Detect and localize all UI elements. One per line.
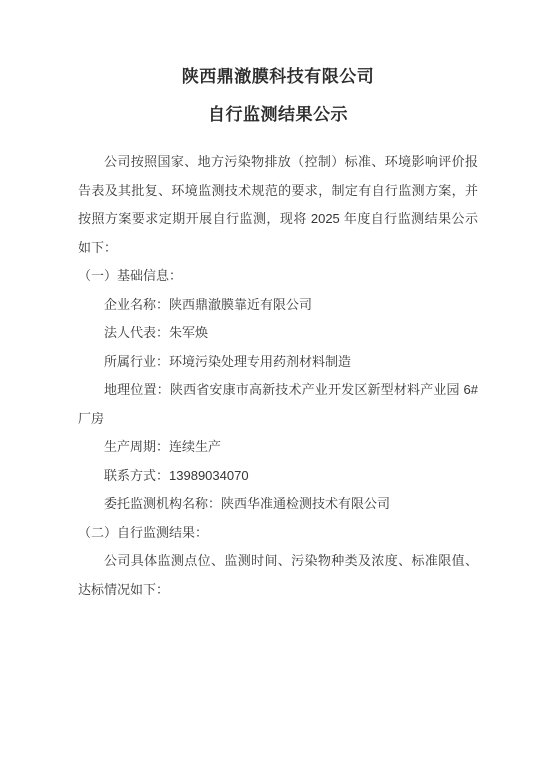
colon-separator: ： bbox=[208, 496, 221, 511]
info-label: 所属行业 bbox=[104, 354, 156, 369]
colon-separator: ： bbox=[156, 468, 169, 483]
info-row-location: 地理位置：陕西省安康市高新技术产业开发区新型材料产业园 6#厂房 bbox=[78, 376, 478, 433]
colon-separator: ： bbox=[156, 325, 169, 340]
info-row-industry: 所属行业：环境污染处理专用药剂材料制造 bbox=[78, 348, 478, 377]
section-heading-monitoring-results: （二）自行监测结果： bbox=[78, 519, 478, 548]
info-value: 陕西华准通检测技术有限公司 bbox=[221, 496, 390, 511]
info-row-legal-representative: 法人代表：朱军焕 bbox=[78, 319, 478, 348]
info-value: 陕西鼎澈膜靠近有限公司 bbox=[169, 297, 312, 312]
info-label: 联系方式 bbox=[104, 468, 156, 483]
colon-separator: ： bbox=[157, 382, 170, 397]
colon-separator: ： bbox=[156, 297, 169, 312]
title-line-subject: 自行监测结果公示 bbox=[78, 96, 478, 134]
info-row-production-cycle: 生产周期：连续生产 bbox=[78, 433, 478, 462]
info-value: 环境污染处理专用药剂材料制造 bbox=[169, 354, 351, 369]
info-label: 委托监测机构名称 bbox=[104, 496, 208, 511]
info-value: 朱军焕 bbox=[169, 325, 208, 340]
colon-separator: ： bbox=[156, 439, 169, 454]
colon-separator: ： bbox=[156, 354, 169, 369]
section-heading-basic-info: （一）基础信息： bbox=[78, 262, 478, 291]
info-row-company-name: 企业名称：陕西鼎澈膜靠近有限公司 bbox=[78, 291, 478, 320]
info-row-contact-phone: 联系方式：13989034070 bbox=[78, 462, 478, 491]
info-value: 13989034070 bbox=[169, 468, 249, 483]
info-label: 企业名称 bbox=[104, 297, 156, 312]
document-title: 陕西鼎澈膜科技有限公司 自行监测结果公示 bbox=[78, 58, 478, 134]
info-label: 地理位置 bbox=[104, 382, 157, 397]
document-content: 公司按照国家、地方污染物排放（控制）标准、环境影响评价报告表及其批复、环境监测技… bbox=[78, 148, 478, 604]
document-body: 陕西鼎澈膜科技有限公司 自行监测结果公示 公司按照国家、地方污染物排放（控制）标… bbox=[0, 0, 548, 604]
info-value: 连续生产 bbox=[169, 439, 221, 454]
document-page: 陕西鼎澈膜科技有限公司 自行监测结果公示 公司按照国家、地方污染物排放（控制）标… bbox=[0, 0, 548, 772]
info-row-monitoring-agency: 委托监测机构名称：陕西华准通检测技术有限公司 bbox=[78, 490, 478, 519]
info-label: 生产周期 bbox=[104, 439, 156, 454]
intro-paragraph: 公司按照国家、地方污染物排放（控制）标准、环境影响评价报告表及其批复、环境监测技… bbox=[78, 148, 478, 262]
info-label: 法人代表 bbox=[104, 325, 156, 340]
title-line-company: 陕西鼎澈膜科技有限公司 bbox=[78, 58, 478, 96]
closing-paragraph: 公司具体监测点位、监测时间、污染物种类及浓度、标准限值、达标情况如下： bbox=[78, 547, 478, 604]
